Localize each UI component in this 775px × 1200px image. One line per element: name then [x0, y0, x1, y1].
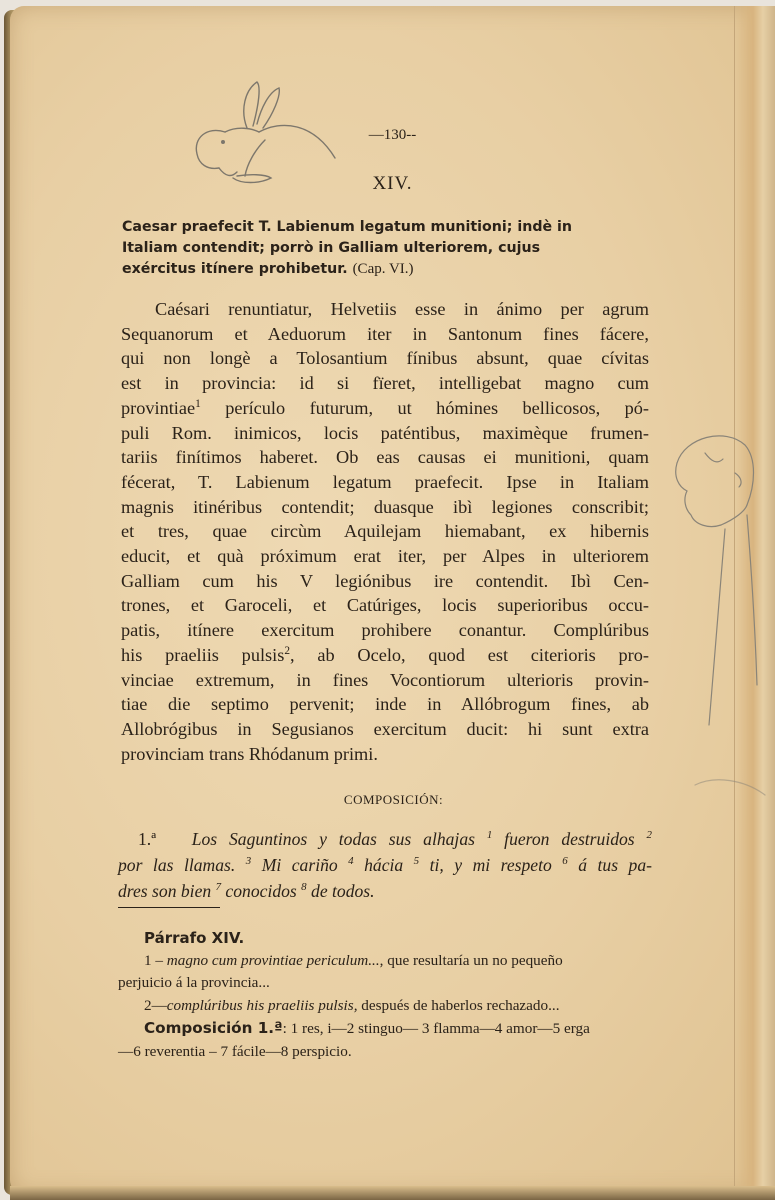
notes-heading: Párrafo XIV.	[118, 927, 653, 950]
note-latin: complúribus his praeliis pulsis,	[167, 997, 358, 1014]
body-line: Allobrógibus in Segusianos exercitum duc…	[121, 717, 649, 742]
body-line: provintiae1 perículo futurum, ut hómines…	[121, 396, 649, 421]
note-text: después de haberlos rechazado...	[358, 997, 560, 1014]
exercise-text: hácia	[354, 855, 414, 875]
exercise-number: 1.ª	[138, 829, 156, 849]
exercise-text: Mi cariño	[251, 855, 348, 875]
summary-line: Caesar praefecit T. Labienum legatum mun…	[122, 217, 652, 238]
body-line: tariis finítimos haberet. Ob eas causas …	[121, 445, 649, 470]
body-text: provintiae	[121, 398, 195, 418]
body-line: Galliam cum his V legiónibus ire contend…	[121, 569, 649, 594]
summary-text: exércitus itínere prohibetur.	[122, 261, 348, 277]
composicion-key-label: Composición 1.ª	[144, 1019, 283, 1037]
note-1: 1 – magno cum provintiae periculum..., q…	[118, 950, 653, 973]
note-number: 2—	[144, 997, 167, 1014]
composicion-heading: COMPOSICIÓN:	[0, 792, 775, 808]
exercise-line: por las llamas. 3 Mi cariño 4 hácia 5 ti…	[118, 852, 652, 878]
body-line: trones, et Garoceli, et Catúriges, locis…	[121, 593, 649, 618]
note-latin: magno cum provintiae periculum...	[167, 952, 380, 969]
note-1-continued: perjuicio á la provincia...	[118, 972, 653, 995]
body-line: Sequanorum et Aeduorum iter in Santonum …	[121, 322, 649, 347]
summary-line: Italiam contendit; porrò in Galliam ulte…	[122, 238, 652, 259]
chapter-summary: Caesar praefecit T. Labienum legatum mun…	[122, 217, 652, 280]
body-line: provinciam trans Rhódanum primi.	[121, 742, 649, 767]
page-number: —130--	[0, 127, 775, 144]
portrait-sketch-icon	[665, 425, 775, 805]
composicion-key: Composición 1.ª: 1 res, i—2 stinguo— 3 f…	[118, 1017, 653, 1041]
body-line: qui non longè a Tolosantium fínibus absu…	[121, 346, 649, 371]
body-text: his praeliis pulsis	[121, 645, 284, 665]
body-line: Caésari renuntiatur, Helvetiis esse in á…	[121, 297, 649, 322]
exercise-text: Los Saguntinos y todas sus alhajas	[192, 829, 487, 849]
summary-line: exércitus itínere prohibetur. (Cap. VI.)	[122, 259, 652, 280]
body-text: , ab Ocelo, quod est citerioris pro-	[290, 645, 649, 665]
body-line: fécerat, T. Labienum legatum praefecit. …	[121, 470, 649, 495]
body-line: patis, itínere exercitum prohibere conan…	[121, 618, 649, 643]
footnotes: Párrafo XIV. 1 – magno cum provintiae pe…	[118, 927, 653, 1063]
composicion-key-text: : 1 res, i—2 stinguo— 3 flamma—4 amor—5 …	[283, 1020, 590, 1037]
composicion-key-continued: —6 reverentia – 7 fácile—8 perspicio.	[118, 1041, 653, 1064]
composicion-exercise: 1.ª Los Saguntinos y todas sus alhajas 1…	[118, 826, 652, 904]
exercise-text: ti, y mi respeto	[419, 855, 562, 875]
note-number: 1 –	[144, 952, 167, 969]
exercise-text: á tus pa-	[568, 855, 652, 875]
exercise-text: fueron destruidos	[492, 829, 646, 849]
chapter-reference: (Cap. VI.)	[353, 261, 414, 277]
body-line: tiae die septimo pervenit; inde in Allób…	[121, 692, 649, 717]
exercise-line: 1.ª Los Saguntinos y todas sus alhajas 1…	[118, 826, 652, 852]
body-line: his praeliis pulsis2, ab Ocelo, quod est…	[121, 643, 649, 668]
body-line: magnis itinéribus contendit; duasque ibì…	[121, 495, 649, 520]
footnote-divider	[118, 907, 220, 908]
section-title: XIV.	[0, 173, 775, 195]
exercise-text: conocidos	[221, 881, 301, 901]
latin-passage: Caésari renuntiatur, Helvetiis esse in á…	[121, 297, 649, 766]
note-text: , que resultaría un no pequeño	[380, 952, 563, 969]
body-line: educit, et quà próximum erat iter, per A…	[121, 544, 649, 569]
book-bottom-edge	[10, 1186, 775, 1200]
body-line: est in provincia: id si fïeret, intellig…	[121, 371, 649, 396]
exercise-text: por las llamas.	[118, 855, 246, 875]
exercise-sup: 2	[647, 829, 652, 841]
exercise-text: de todos.	[307, 881, 375, 901]
exercise-line: dres son bien 7 conocidos 8 de todos.	[118, 878, 652, 904]
body-text: perículo futurum, ut hómines bellicosos,…	[201, 398, 649, 418]
body-line: vinciae extremum, in fines Vocontiorum u…	[121, 668, 649, 693]
body-line: puli Rom. inimicos, locis paténtibus, ma…	[121, 421, 649, 446]
note-2: 2—complúribus his praeliis pulsis, despu…	[118, 995, 653, 1018]
exercise-text: dres son bien	[118, 881, 216, 901]
body-line: et tres, quae circùm Aquilejam hiemabant…	[121, 519, 649, 544]
